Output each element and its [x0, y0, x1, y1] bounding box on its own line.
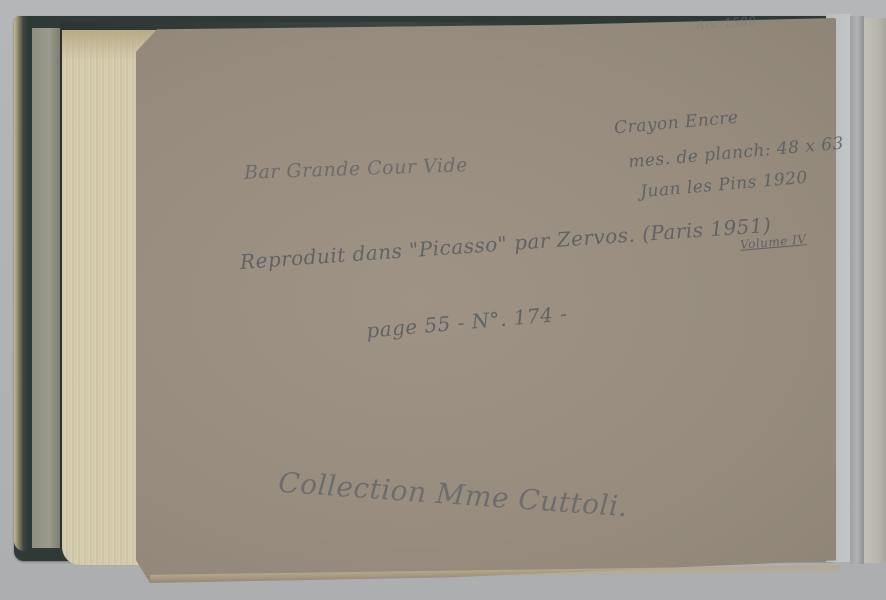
inner-endpaper	[32, 28, 63, 548]
right-page-stack-shadow	[850, 16, 864, 564]
right-page-stack-outer	[864, 18, 886, 563]
binding-worn-edge	[14, 16, 30, 551]
photo-scene: Acc 1580 Bar Grande Cour Vide Crayon Enc…	[0, 0, 886, 600]
